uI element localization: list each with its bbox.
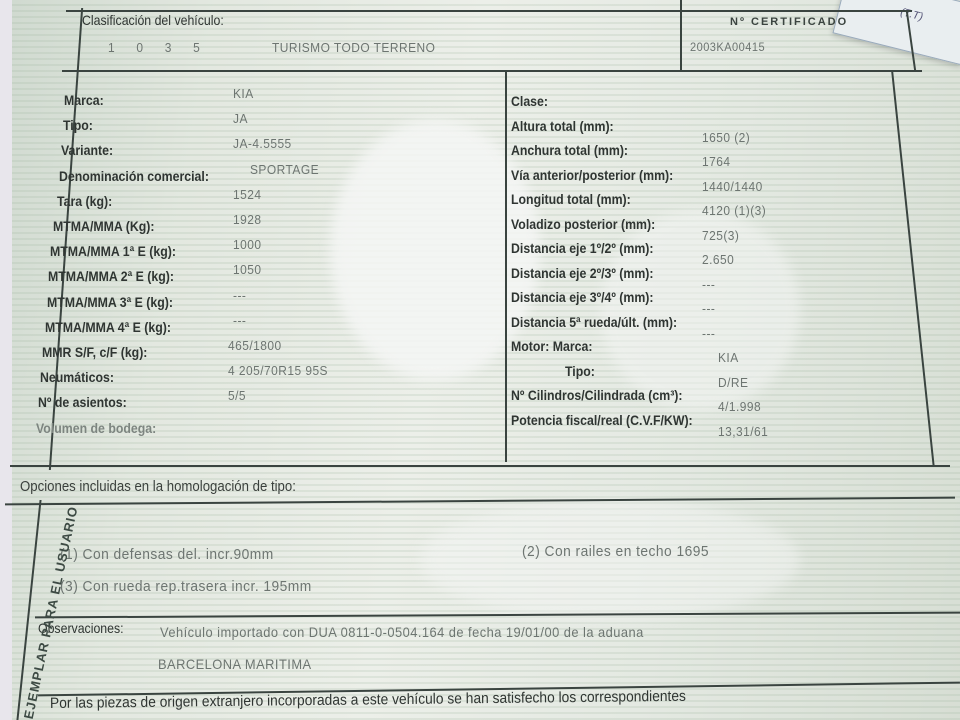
left-field-value: ---: [233, 288, 246, 303]
left-field-value: JA-4.5555: [233, 136, 292, 151]
left-field-value: 1050: [233, 262, 261, 277]
left-field-value: 1000: [233, 237, 261, 252]
left-field-value: 5/5: [228, 388, 246, 403]
left-field-value: 1524: [233, 187, 261, 202]
right-field-label: Vía anterior/posterior (mm):: [511, 167, 673, 183]
classification-code: 1 0 3 5: [108, 40, 209, 55]
left-field-value: SPORTAGE: [250, 162, 319, 177]
left-field-label: Variante:: [61, 142, 113, 158]
right-field-label: Distancia eje 2º/3º (mm):: [511, 265, 654, 281]
right-field-value: D/RE: [718, 375, 748, 390]
right-field-value: 4/1.998: [718, 399, 761, 414]
faded-area: [420, 500, 800, 620]
right-field-label: Nº Cilindros/Cilindrada (cm³):: [511, 387, 683, 403]
right-field-label: Distancia eje 3º/4º (mm):: [511, 289, 654, 305]
left-field-label: MTMA/MMA 2ª E (kg):: [48, 268, 174, 284]
options-top-line: [5, 497, 955, 506]
right-field-value: 1650 (2): [702, 130, 750, 145]
left-field-label: Denominación comercial:: [59, 168, 209, 184]
right-field-label: Distancia eje 1º/2º (mm):: [511, 240, 654, 256]
left-field-label: MTMA/MMA (Kg):: [53, 218, 155, 234]
right-field-label: Potencia fiscal/real (C.V.F/KW):: [511, 412, 693, 428]
observations-line-1: Vehículo importado con DUA 0811-0-0504.1…: [160, 624, 644, 640]
right-field-value: 13,31/61: [718, 424, 768, 439]
right-field-label: Anchura total (mm):: [511, 142, 628, 158]
vehicle-technical-card: (T.T) Clasificación del vehículo: 1 0 3 …: [0, 0, 960, 720]
column-divider: [505, 72, 507, 462]
option-item-2: (2) Con railes en techo 1695: [522, 543, 709, 560]
right-field-value: 1440/1440: [702, 179, 763, 194]
right-field-label: Altura total (mm):: [511, 118, 614, 134]
left-field-value: 465/1800: [228, 338, 282, 353]
left-field-label: MTMA/MMA 3ª E (kg):: [47, 294, 173, 310]
left-field-label: MMR S/F, c/F (kg):: [42, 344, 147, 360]
options-label: Opciones incluidas en la homologación de…: [20, 478, 296, 495]
right-field-value: 1764: [702, 154, 730, 169]
right-field-label: Distancia 5ª rueda/últ. (mm):: [511, 314, 677, 330]
left-field-label: MTMA/MMA 4ª E (kg):: [45, 319, 171, 335]
certificate-label: Nº CERTIFICADO: [730, 16, 848, 28]
right-field-value: 2.650: [702, 252, 734, 267]
right-field-label: Motor: Marca:: [511, 338, 592, 354]
frame-right-line: [891, 72, 935, 467]
left-field-label: Tipo:: [63, 117, 93, 133]
observations-top-line: [35, 612, 960, 619]
right-field-label: Voladizo posterior (mm):: [511, 216, 655, 232]
footer-statement: Por las piezas de origen extranjero inco…: [50, 688, 686, 712]
certificate-number: 2003KA00415: [690, 40, 765, 54]
classification-label: Clasificación del vehículo:: [82, 12, 224, 28]
left-field-label: Neumáticos:: [40, 369, 114, 385]
left-field-label: Tara (kg):: [57, 193, 112, 209]
option-item-1: (1) Con defensas del. incr.90mm: [60, 546, 274, 563]
left-field-value: 1928: [233, 212, 261, 227]
right-field-value: 725(3): [702, 228, 739, 243]
left-field-value: JA: [233, 111, 248, 126]
corner-note: (T.T): [899, 6, 924, 23]
main-bottom-line: [10, 465, 950, 467]
right-field-label: Tipo:: [565, 363, 595, 379]
left-field-value: ---: [233, 313, 246, 328]
right-field-value: ---: [702, 301, 715, 316]
faded-area: [330, 120, 540, 380]
cert-divider: [680, 0, 682, 70]
right-field-value: ---: [702, 277, 715, 292]
classification-value: TURISMO TODO TERRENO: [272, 40, 435, 55]
right-field-value: KIA: [718, 350, 739, 365]
left-field-value: KIA: [233, 86, 254, 101]
right-field-value: 4120 (1)(3): [702, 203, 766, 218]
header-bottom-line: [62, 70, 922, 72]
observations-line-2: BARCELONA MARITIMA: [158, 656, 312, 672]
left-field-label: MTMA/MMA 1ª E (kg):: [50, 243, 176, 259]
left-field-label: Volumen de bodega:: [36, 420, 156, 436]
left-field-label: Marca:: [64, 92, 104, 108]
left-field-label: Nº de asientos:: [38, 394, 127, 410]
right-field-value: ---: [702, 326, 715, 341]
right-field-label: Clase:: [511, 93, 548, 109]
left-field-value: 4 205/70R15 95S: [228, 363, 328, 378]
right-field-label: Longitud total (mm):: [511, 191, 631, 207]
option-item-3: (3) Con rueda rep.trasera incr. 195mm: [60, 578, 312, 595]
page-margin: [0, 0, 12, 720]
